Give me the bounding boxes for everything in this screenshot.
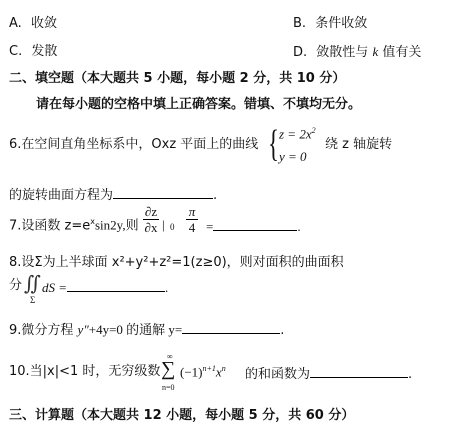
q10-sigma: ∑	[161, 359, 175, 379]
q8-integrand: dS =.	[42, 279, 168, 294]
q8-sigma-sub: Σ	[30, 296, 35, 305]
q7-answer-blank[interactable]	[213, 218, 297, 231]
q6-suffix: 绕 z 轴旋转	[325, 138, 392, 151]
q6-eq1: z = 2x2	[279, 127, 316, 140]
q7-partial-fraction: ∂z∂x	[143, 205, 159, 234]
section-3-heading: 三、计算题（本大题共 12 小题，每小题 5 分，共 60 分）	[9, 409, 354, 422]
option-d-letter: D.	[293, 45, 307, 60]
q10-prefix: 10.当|x|<1 时，无穷级数	[9, 365, 160, 378]
option-d-text-after: 值有关	[382, 45, 421, 60]
q7-point-a: 0	[170, 223, 175, 232]
q8-answer-blank[interactable]	[67, 279, 165, 292]
option-a-letter: A.	[9, 16, 22, 31]
q10-term: (−1)n+1xn	[180, 365, 226, 378]
q10-lower: n=0	[162, 384, 175, 392]
q9-line: 9.微分方程 y″+4y=0 的通解 y=.	[9, 321, 284, 337]
q7-at: |	[162, 218, 165, 231]
option-d-var: k	[372, 44, 378, 59]
q8-line1: 8.设Σ为上半球面 x²+y²+z²=1(z≥0)，则对面积的曲面积	[9, 256, 344, 269]
q10-suffix: 的和函数为.	[245, 365, 412, 381]
q8-double-integral: ∬	[24, 274, 41, 294]
q10-answer-blank[interactable]	[310, 365, 408, 378]
q9-answer-blank[interactable]	[182, 321, 280, 334]
option-a: A. 收敛	[9, 17, 57, 30]
q7-pi-fraction: π4	[186, 205, 198, 234]
q6-prefix: 6.在空间直角坐标系中，Oxz 平面上的曲线	[9, 138, 258, 151]
q7-eq: =.	[206, 218, 301, 233]
option-c-letter: C.	[9, 44, 22, 59]
q6-brace: {	[268, 125, 279, 163]
option-d-text-before: 敛散性与	[316, 45, 368, 60]
q6-line2: 的旋转曲面方程为.	[9, 186, 217, 202]
section-2-instruction: 请在每小题的空格中填上正确答案。错填、不填均无分。	[36, 98, 361, 111]
option-b-text: 条件收敛	[315, 16, 367, 31]
option-c: C. 发散	[9, 45, 57, 58]
option-b-letter: B.	[293, 16, 306, 31]
option-a-text: 收敛	[31, 16, 57, 31]
q7-prefix: 7.设函数 z=exsin2y,则	[9, 218, 139, 232]
option-d: D. 敛散性与 k 值有关	[293, 45, 421, 59]
section-2-heading: 二、填空题（本大题共 5 小题，每小题 2 分，共 10 分）	[9, 72, 345, 85]
q8-line2-prefix: 分	[9, 279, 22, 292]
q6-eq2: y = 0	[279, 150, 307, 163]
option-b: B. 条件收敛	[293, 17, 367, 30]
option-c-text: 发散	[31, 44, 57, 59]
q6-answer-blank[interactable]	[113, 186, 213, 199]
